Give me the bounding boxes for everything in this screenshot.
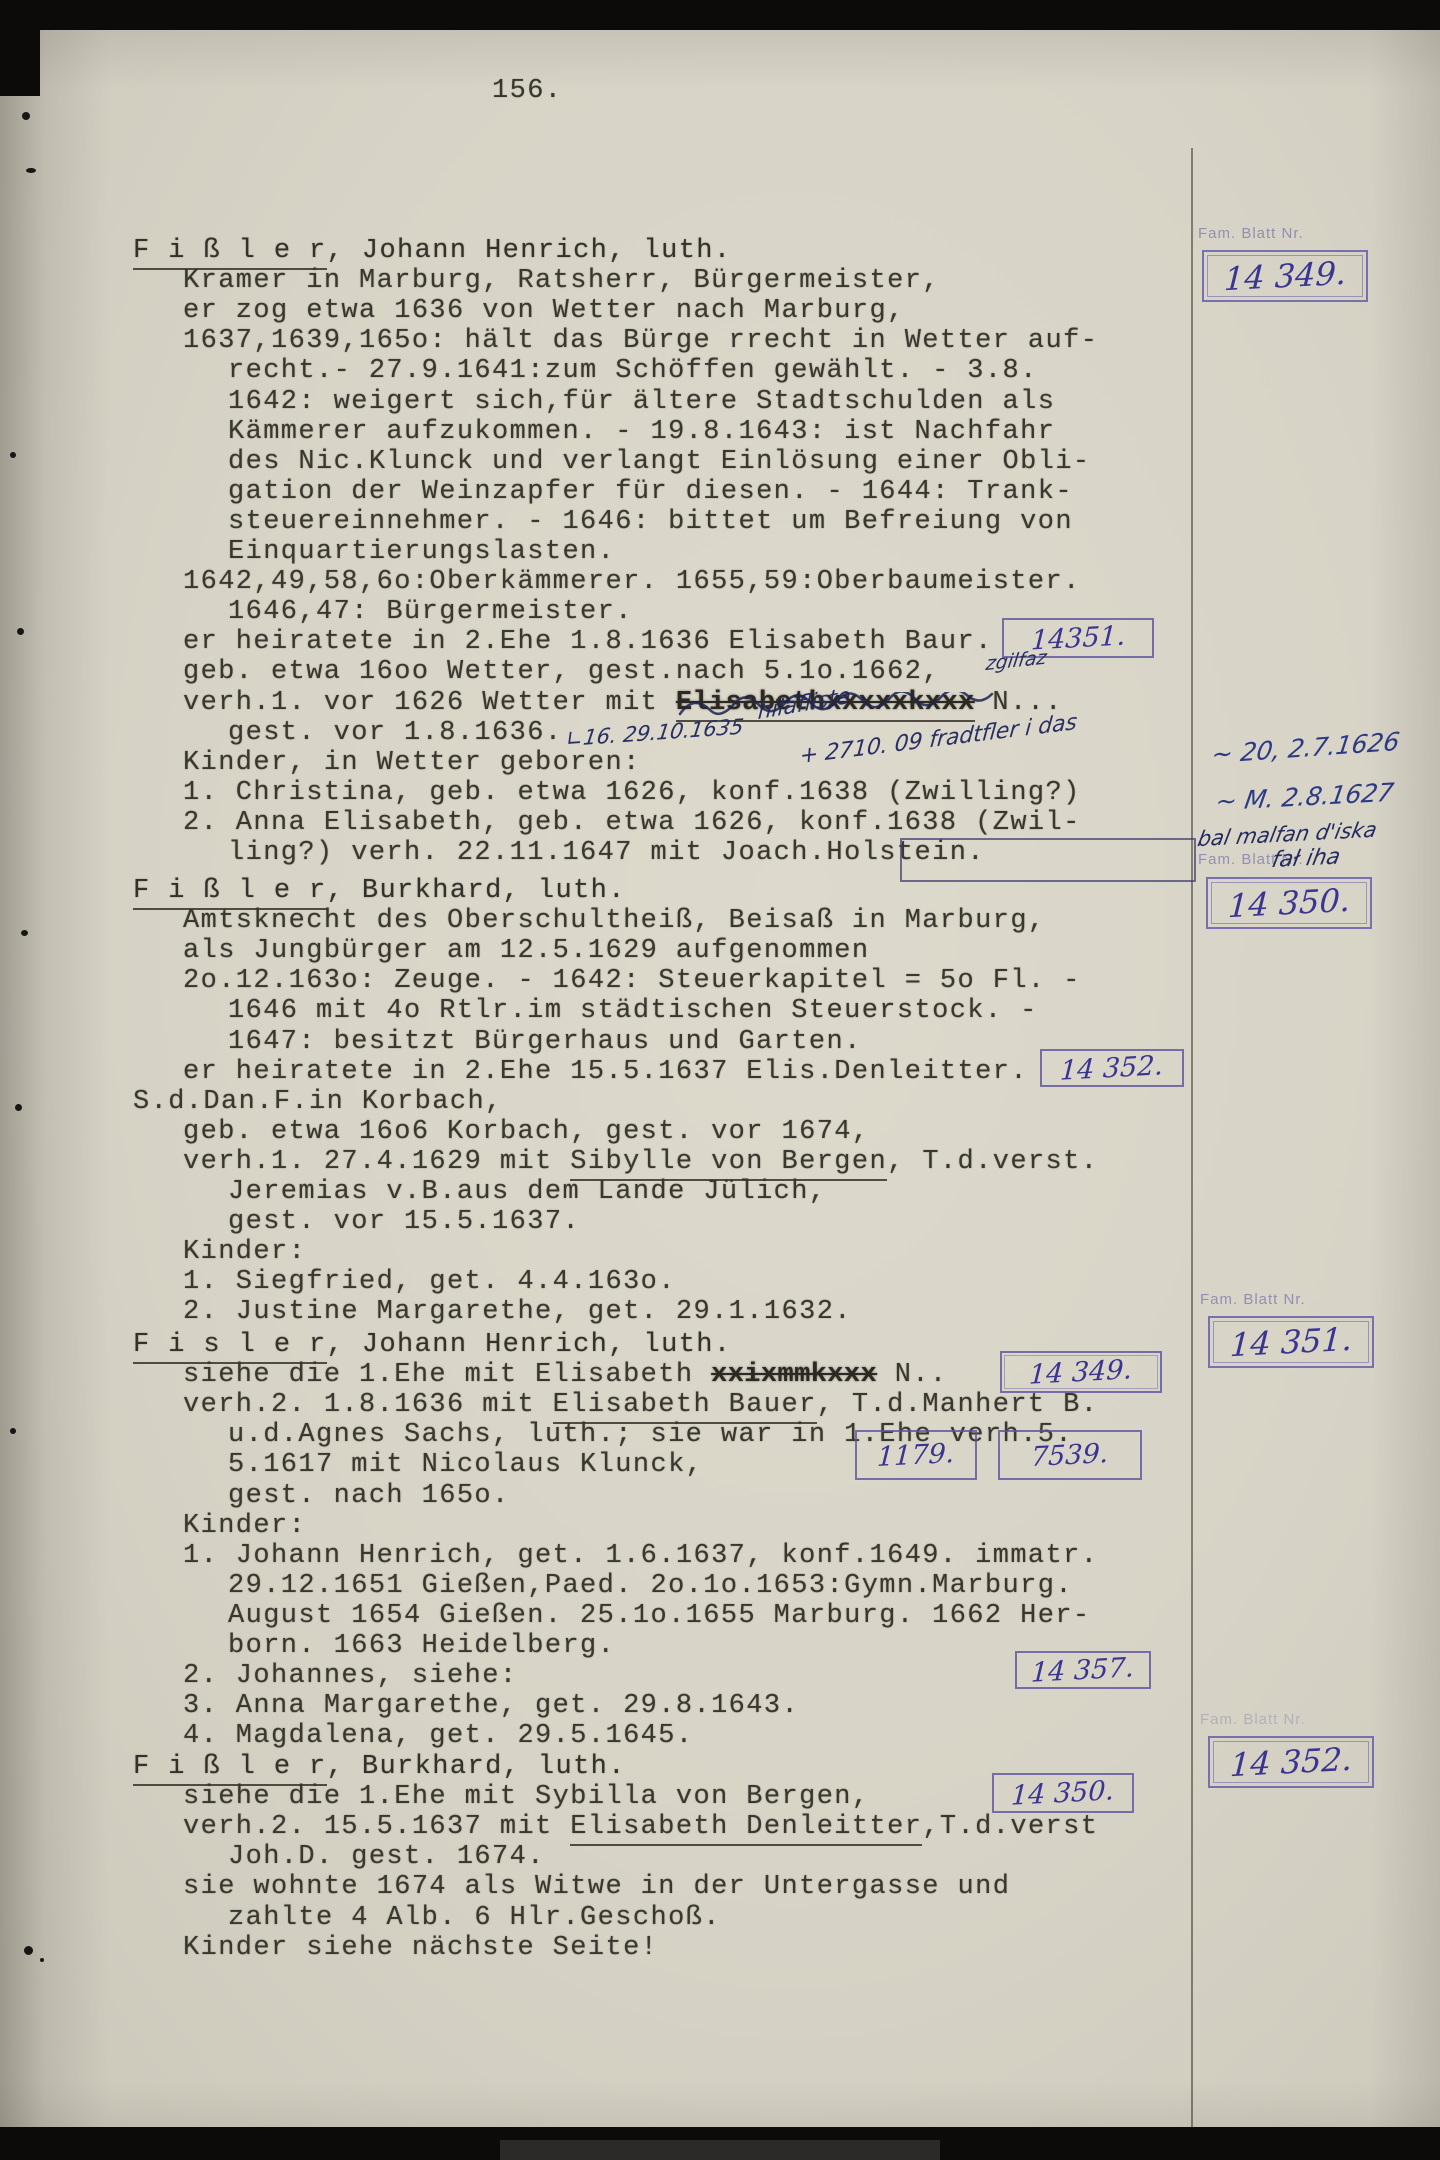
- typed-line: Kinder, in Wetter geboren:: [183, 750, 641, 777]
- text-part: verh.2. 1.8.1636 mit: [183, 1390, 553, 1420]
- text-part: er zog etwa 1636 von Wetter nach Marburg…: [183, 296, 905, 326]
- pen-scribble-icon: [676, 692, 1026, 724]
- fam-blatt-nr-stamp: Fam. Blatt Nr.: [1198, 225, 1304, 242]
- text-part: F i ß l e r: [133, 1752, 327, 1786]
- text-part: 1. Siegfried, get. 4.4.163o.: [183, 1267, 676, 1297]
- typed-line: sie wohnte 1674 als Witwe in der Unterga…: [183, 1874, 1010, 1901]
- typed-line: August 1654 Gießen. 25.1o.1655 Marburg. …: [228, 1603, 1091, 1630]
- typed-line: 1. Christina, geb. etwa 1626, konf.1638 …: [183, 780, 1081, 807]
- typed-line: geb. etwa 16o6 Korbach, gest. vor 1674,: [183, 1119, 870, 1146]
- ink-speck: [24, 1946, 33, 1955]
- typed-line: Kramer in Marburg, Ratsherr, Bürgermeist…: [183, 268, 940, 295]
- text-part: , Burkhard, luth.: [327, 1752, 626, 1782]
- text-part: 1642,49,58,6o:Oberkämmerer. 1655,59:Ober…: [183, 567, 1081, 597]
- typed-line: 1646 mit 4o Rtlr.im städtischen Steuerst…: [228, 998, 1038, 1025]
- text-part: Kinder siehe nächste Seite!: [183, 1933, 658, 1963]
- crossref-box-bergen: 14 350.: [992, 1773, 1134, 1813]
- text-part: Amtsknecht des Oberschultheiß, Beisaß in…: [183, 906, 1046, 936]
- handwritten-number: 14 349.: [1223, 254, 1347, 299]
- text-part: 1. Christina, geb. etwa 1626, konf.1638 …: [183, 778, 1081, 808]
- typed-line: gest. vor 1.8.1636.: [228, 720, 562, 747]
- text-part: born. 1663 Heidelberg.: [228, 1631, 615, 1661]
- text-part: Kinder:: [183, 1511, 306, 1541]
- text-part: 2. Anna Elisabeth, geb. etwa 1626, konf.…: [183, 808, 1081, 838]
- text-part: verh.1. 27.4.1629 mit: [183, 1147, 570, 1177]
- text-part: gation der Weinzapfer für diesen. - 1644…: [228, 477, 1073, 507]
- pen-margin-note-3: bal malfan d'iska: [1196, 817, 1380, 851]
- typed-line: verh.1. 27.4.1629 mit Sibylle von Bergen…: [183, 1149, 1098, 1176]
- typed-line: 3. Anna Margarethe, get. 29.8.1643.: [183, 1693, 799, 1720]
- handwritten-number: 14 352.: [1060, 1050, 1165, 1087]
- text-part: Elisabeth Denleitter: [570, 1812, 922, 1846]
- typed-line: 2. Johannes, siehe:: [183, 1663, 517, 1690]
- text-part: xxixmmkxxx: [711, 1360, 877, 1390]
- typed-line: Jeremias v.B.aus dem Lande Jülich,: [228, 1179, 827, 1206]
- handwritten-number: 14 349.: [1029, 1354, 1134, 1391]
- crossref-box-denleitter: 14 352.: [1040, 1049, 1184, 1087]
- text-part: geb. etwa 16o6 Korbach, gest. vor 1674,: [183, 1117, 870, 1147]
- text-part: F i ß l e r: [133, 236, 327, 270]
- ink-speck: [10, 452, 16, 458]
- fam-blatt-number-box: 14 350.: [1206, 877, 1372, 929]
- typed-line: Amtsknecht des Oberschultheiß, Beisaß in…: [183, 908, 1046, 935]
- ink-speck: [26, 168, 36, 173]
- text-part: Einquartierungslasten.: [228, 537, 615, 567]
- fam-blatt-nr-stamp: Fam. Blatt Nr.: [1200, 1291, 1306, 1308]
- text-part: Kämmerer aufzukommen. - 19.8.1643: ist N…: [228, 417, 1055, 447]
- text-part: , T.d.verst.: [887, 1147, 1098, 1177]
- typed-line: 1642: weigert sich,für ältere Stadtschul…: [228, 389, 1055, 416]
- handwritten-number: 7539.: [1031, 1437, 1110, 1472]
- scanned-document-page: 156. F i ß l e r, Johann Henrich, luth.K…: [0, 0, 1440, 2160]
- scan-corner-black: [0, 0, 40, 96]
- text-part: 1642: weigert sich,für ältere Stadtschul…: [228, 387, 1055, 417]
- fam-blatt-number-box: 14 352.: [1208, 1736, 1374, 1788]
- ink-speck: [21, 930, 28, 936]
- text-part: geb. etwa 16oo Wetter, gest.nach 5.1o.16…: [183, 657, 940, 687]
- text-part: sie wohnte 1674 als Witwe in der Unterga…: [183, 1872, 1010, 1902]
- typed-line: 5.1617 mit Nicolaus Klunck,: [228, 1452, 703, 1479]
- entry-heading: F i ß l e r, Johann Henrich, luth.: [133, 238, 732, 265]
- scan-edge-band: [500, 2140, 940, 2160]
- ink-speck: [10, 1428, 16, 1434]
- text-part: 1646,47: Bürgermeister.: [228, 597, 633, 627]
- text-part: siehe die 1.Ehe mit Sybilla von Bergen,: [183, 1782, 870, 1812]
- text-part: 29.12.1651 Gießen,Paed. 2o.1o.1653:Gymn.…: [228, 1571, 1073, 1601]
- text-part: er heiratete in 2.Ehe 15.5.1637 Elis.Den…: [183, 1057, 1028, 1087]
- typed-line: 2o.12.163o: Zeuge. - 1642: Steuerkapitel…: [183, 968, 1081, 995]
- typed-line: er heiratete in 2.Ehe 15.5.1637 Elis.Den…: [183, 1059, 1028, 1086]
- typed-line: Einquartierungslasten.: [228, 539, 615, 566]
- text-part: 2. Johannes, siehe:: [183, 1661, 517, 1691]
- typed-line: verh.2. 15.5.1637 mit Elisabeth Denleitt…: [183, 1814, 1098, 1841]
- text-part: Kinder, in Wetter geboren:: [183, 748, 641, 778]
- text-part: 3. Anna Margarethe, get. 29.8.1643.: [183, 1691, 799, 1721]
- typed-line: Kinder:: [183, 1239, 306, 1266]
- text-part: , Johann Henrich, luth.: [327, 236, 732, 266]
- handwritten-number: 14 350.: [1011, 1775, 1116, 1812]
- typed-line: als Jungbürger am 12.5.1629 aufgenommen: [183, 938, 870, 965]
- text-part: , Johann Henrich, luth.: [327, 1330, 732, 1360]
- text-part: F i s l e r: [133, 1330, 327, 1364]
- text-part: , T.d.Manhert B.: [817, 1390, 1099, 1420]
- text-part: verh.2. 15.5.1637 mit: [183, 1812, 570, 1842]
- text-part: als Jungbürger am 12.5.1629 aufgenommen: [183, 936, 870, 966]
- typed-line: steuereinnehmer. - 1646: bittet um Befre…: [228, 509, 1073, 536]
- ink-speck: [15, 1104, 22, 1111]
- typed-line: siehe die 1.Ehe mit Sybilla von Bergen,: [183, 1784, 870, 1811]
- text-part: 2. Justine Margarethe, get. 29.1.1632.: [183, 1297, 852, 1327]
- text-part: 1. Johann Henrich, get. 1.6.1637, konf.1…: [183, 1541, 1098, 1571]
- typed-line: gest. nach 165o.: [228, 1483, 510, 1510]
- typed-line: 2. Anna Elisabeth, geb. etwa 1626, konf.…: [183, 810, 1081, 837]
- typed-line: gest. vor 15.5.1637.: [228, 1209, 580, 1236]
- typed-line: zahlte 4 Alb. 6 Hlr.Geschoß.: [228, 1905, 721, 1932]
- entry-heading: F i s l e r, Johann Henrich, luth.: [133, 1332, 732, 1359]
- text-part: steuereinnehmer. - 1646: bittet um Befre…: [228, 507, 1073, 537]
- text-part: ,T.d.verst: [922, 1812, 1098, 1842]
- text-part: Kramer in Marburg, Ratsherr, Bürgermeist…: [183, 266, 940, 296]
- typed-line: recht.- 27.9.1641:zum Schöffen gewählt. …: [228, 358, 1038, 385]
- crossref-box-johannes: 14 357.: [1015, 1651, 1151, 1689]
- page-number: 156.: [492, 76, 562, 106]
- typed-line: Kinder:: [183, 1513, 306, 1540]
- crossref-box-first-marriage: 14 349.: [1000, 1351, 1162, 1393]
- pen-annotation-box: [900, 838, 1196, 882]
- margin-rule-line: [1191, 148, 1193, 2127]
- text-part: zahlte 4 Alb. 6 Hlr.Geschoß.: [228, 1903, 721, 1933]
- text-part: ling?) verh. 22.11.1647 mit Joach.Holste…: [228, 838, 985, 868]
- typed-line: 2. Justine Margarethe, get. 29.1.1632.: [183, 1299, 852, 1326]
- text-part: Jeremias v.B.aus dem Lande Jülich,: [228, 1177, 827, 1207]
- text-part: verh.1. vor 1626 Wetter mit: [183, 688, 676, 718]
- pen-margin-note-2: ~ M. 2.8.1627: [1214, 778, 1396, 817]
- ink-speck: [40, 1958, 44, 1962]
- typed-line: geb. etwa 16oo Wetter, gest.nach 5.1o.16…: [183, 659, 940, 686]
- scan-edge-bar-top: [0, 0, 1440, 30]
- typed-line: 4. Magdalena, get. 29.5.1645.: [183, 1723, 693, 1750]
- text-part: siehe die 1.Ehe mit Elisabeth: [183, 1360, 711, 1390]
- typed-line: 1646,47: Bürgermeister.: [228, 599, 633, 626]
- typed-line: gation der Weinzapfer für diesen. - 1644…: [228, 479, 1073, 506]
- text-part: gest. nach 165o.: [228, 1481, 510, 1511]
- crossref-box-klunck-a: 1179.: [855, 1430, 977, 1480]
- handwritten-number: 14 350.: [1227, 881, 1351, 926]
- pen-margin-note-4: fał iha: [1270, 844, 1343, 873]
- text-part: 1637,1639,165o: hält das Bürge rrecht in…: [183, 326, 1098, 356]
- pen-note-small: zgilfaz: [984, 646, 1048, 675]
- text-part: 4. Magdalena, get. 29.5.1645.: [183, 1721, 693, 1751]
- fam-blatt-number-box: 14 351.: [1208, 1316, 1374, 1368]
- text-part: 1646 mit 4o Rtlr.im städtischen Steuerst…: [228, 996, 1038, 1026]
- typed-line: er heiratete in 2.Ehe 1.8.1636 Elisabeth…: [183, 629, 993, 656]
- pen-margin-note-1: ~ 20, 2.7.1626: [1210, 727, 1402, 769]
- text-part: Kinder:: [183, 1237, 306, 1267]
- typed-line: 1. Johann Henrich, get. 1.6.1637, konf.1…: [183, 1543, 1098, 1570]
- text-part: , Burkhard, luth.: [327, 876, 626, 906]
- typed-line: 1642,49,58,6o:Oberkämmerer. 1655,59:Ober…: [183, 569, 1081, 596]
- typed-line: ling?) verh. 22.11.1647 mit Joach.Holste…: [228, 840, 985, 867]
- typed-line: 1637,1639,165o: hält das Bürge rrecht in…: [183, 328, 1098, 355]
- typed-line: 29.12.1651 Gießen,Paed. 2o.1o.1653:Gymn.…: [228, 1573, 1073, 1600]
- text-part: des Nic.Klunck und verlangt Einlösung ei…: [228, 447, 1091, 477]
- handwritten-number: 14 351.: [1229, 1320, 1353, 1365]
- text-part: gest. vor 1.8.1636.: [228, 718, 562, 748]
- text-part: 2o.12.163o: Zeuge. - 1642: Steuerkapitel…: [183, 966, 1081, 996]
- typed-line: S.d.Dan.F.in Korbach,: [133, 1089, 503, 1116]
- text-part: Joh.D. gest. 1674.: [228, 1842, 545, 1872]
- typed-line: des Nic.Klunck und verlangt Einlösung ei…: [228, 449, 1091, 476]
- crossref-box-klunck-b: 7539.: [998, 1430, 1142, 1480]
- handwritten-number: 14 357.: [1031, 1652, 1136, 1689]
- text-part: Sibylle von Bergen: [570, 1147, 887, 1181]
- typed-line: Joh.D. gest. 1674.: [228, 1844, 545, 1871]
- typed-line: verh.2. 1.8.1636 mit Elisabeth Bauer, T.…: [183, 1392, 1098, 1419]
- text-part: August 1654 Gießen. 25.1o.1655 Marburg. …: [228, 1601, 1091, 1631]
- typed-line: Kinder siehe nächste Seite!: [183, 1935, 658, 1962]
- typed-line: siehe die 1.Ehe mit Elisabeth xxixmmkxxx…: [183, 1362, 948, 1389]
- ink-speck: [17, 628, 24, 635]
- entry-heading: F i ß l e r, Burkhard, luth.: [133, 1754, 626, 1781]
- handwritten-number: 14 352.: [1229, 1740, 1353, 1785]
- text-part: recht.- 27.9.1641:zum Schöffen gewählt. …: [228, 356, 1038, 386]
- typed-line: er zog etwa 1636 von Wetter nach Marburg…: [183, 298, 905, 325]
- text-part: gest. vor 15.5.1637.: [228, 1207, 580, 1237]
- handwritten-number: 1179.: [877, 1437, 956, 1472]
- entry-heading: F i ß l e r, Burkhard, luth.: [133, 878, 626, 905]
- typed-line: Kämmerer aufzukommen. - 19.8.1643: ist N…: [228, 419, 1055, 446]
- text-part: S.d.Dan.F.in Korbach,: [133, 1087, 503, 1117]
- typed-line: 1. Siegfried, get. 4.4.163o.: [183, 1269, 676, 1296]
- text-part: 5.1617 mit Nicolaus Klunck,: [228, 1450, 703, 1480]
- text-part: 1647: besitzt Bürgerhaus und Garten.: [228, 1027, 862, 1057]
- ink-speck: [22, 112, 30, 120]
- fam-blatt-number-box: 14 349.: [1202, 250, 1368, 302]
- text-part: F i ß l e r: [133, 876, 327, 910]
- text-part: N..: [877, 1360, 947, 1390]
- text-part: er heiratete in 2.Ehe 1.8.1636 Elisabeth…: [183, 627, 993, 657]
- typed-line: 1647: besitzt Bürgerhaus und Garten.: [228, 1029, 862, 1056]
- typed-line: born. 1663 Heidelberg.: [228, 1633, 615, 1660]
- fam-blatt-nr-stamp: Fam. Blatt Nr.: [1200, 1711, 1306, 1728]
